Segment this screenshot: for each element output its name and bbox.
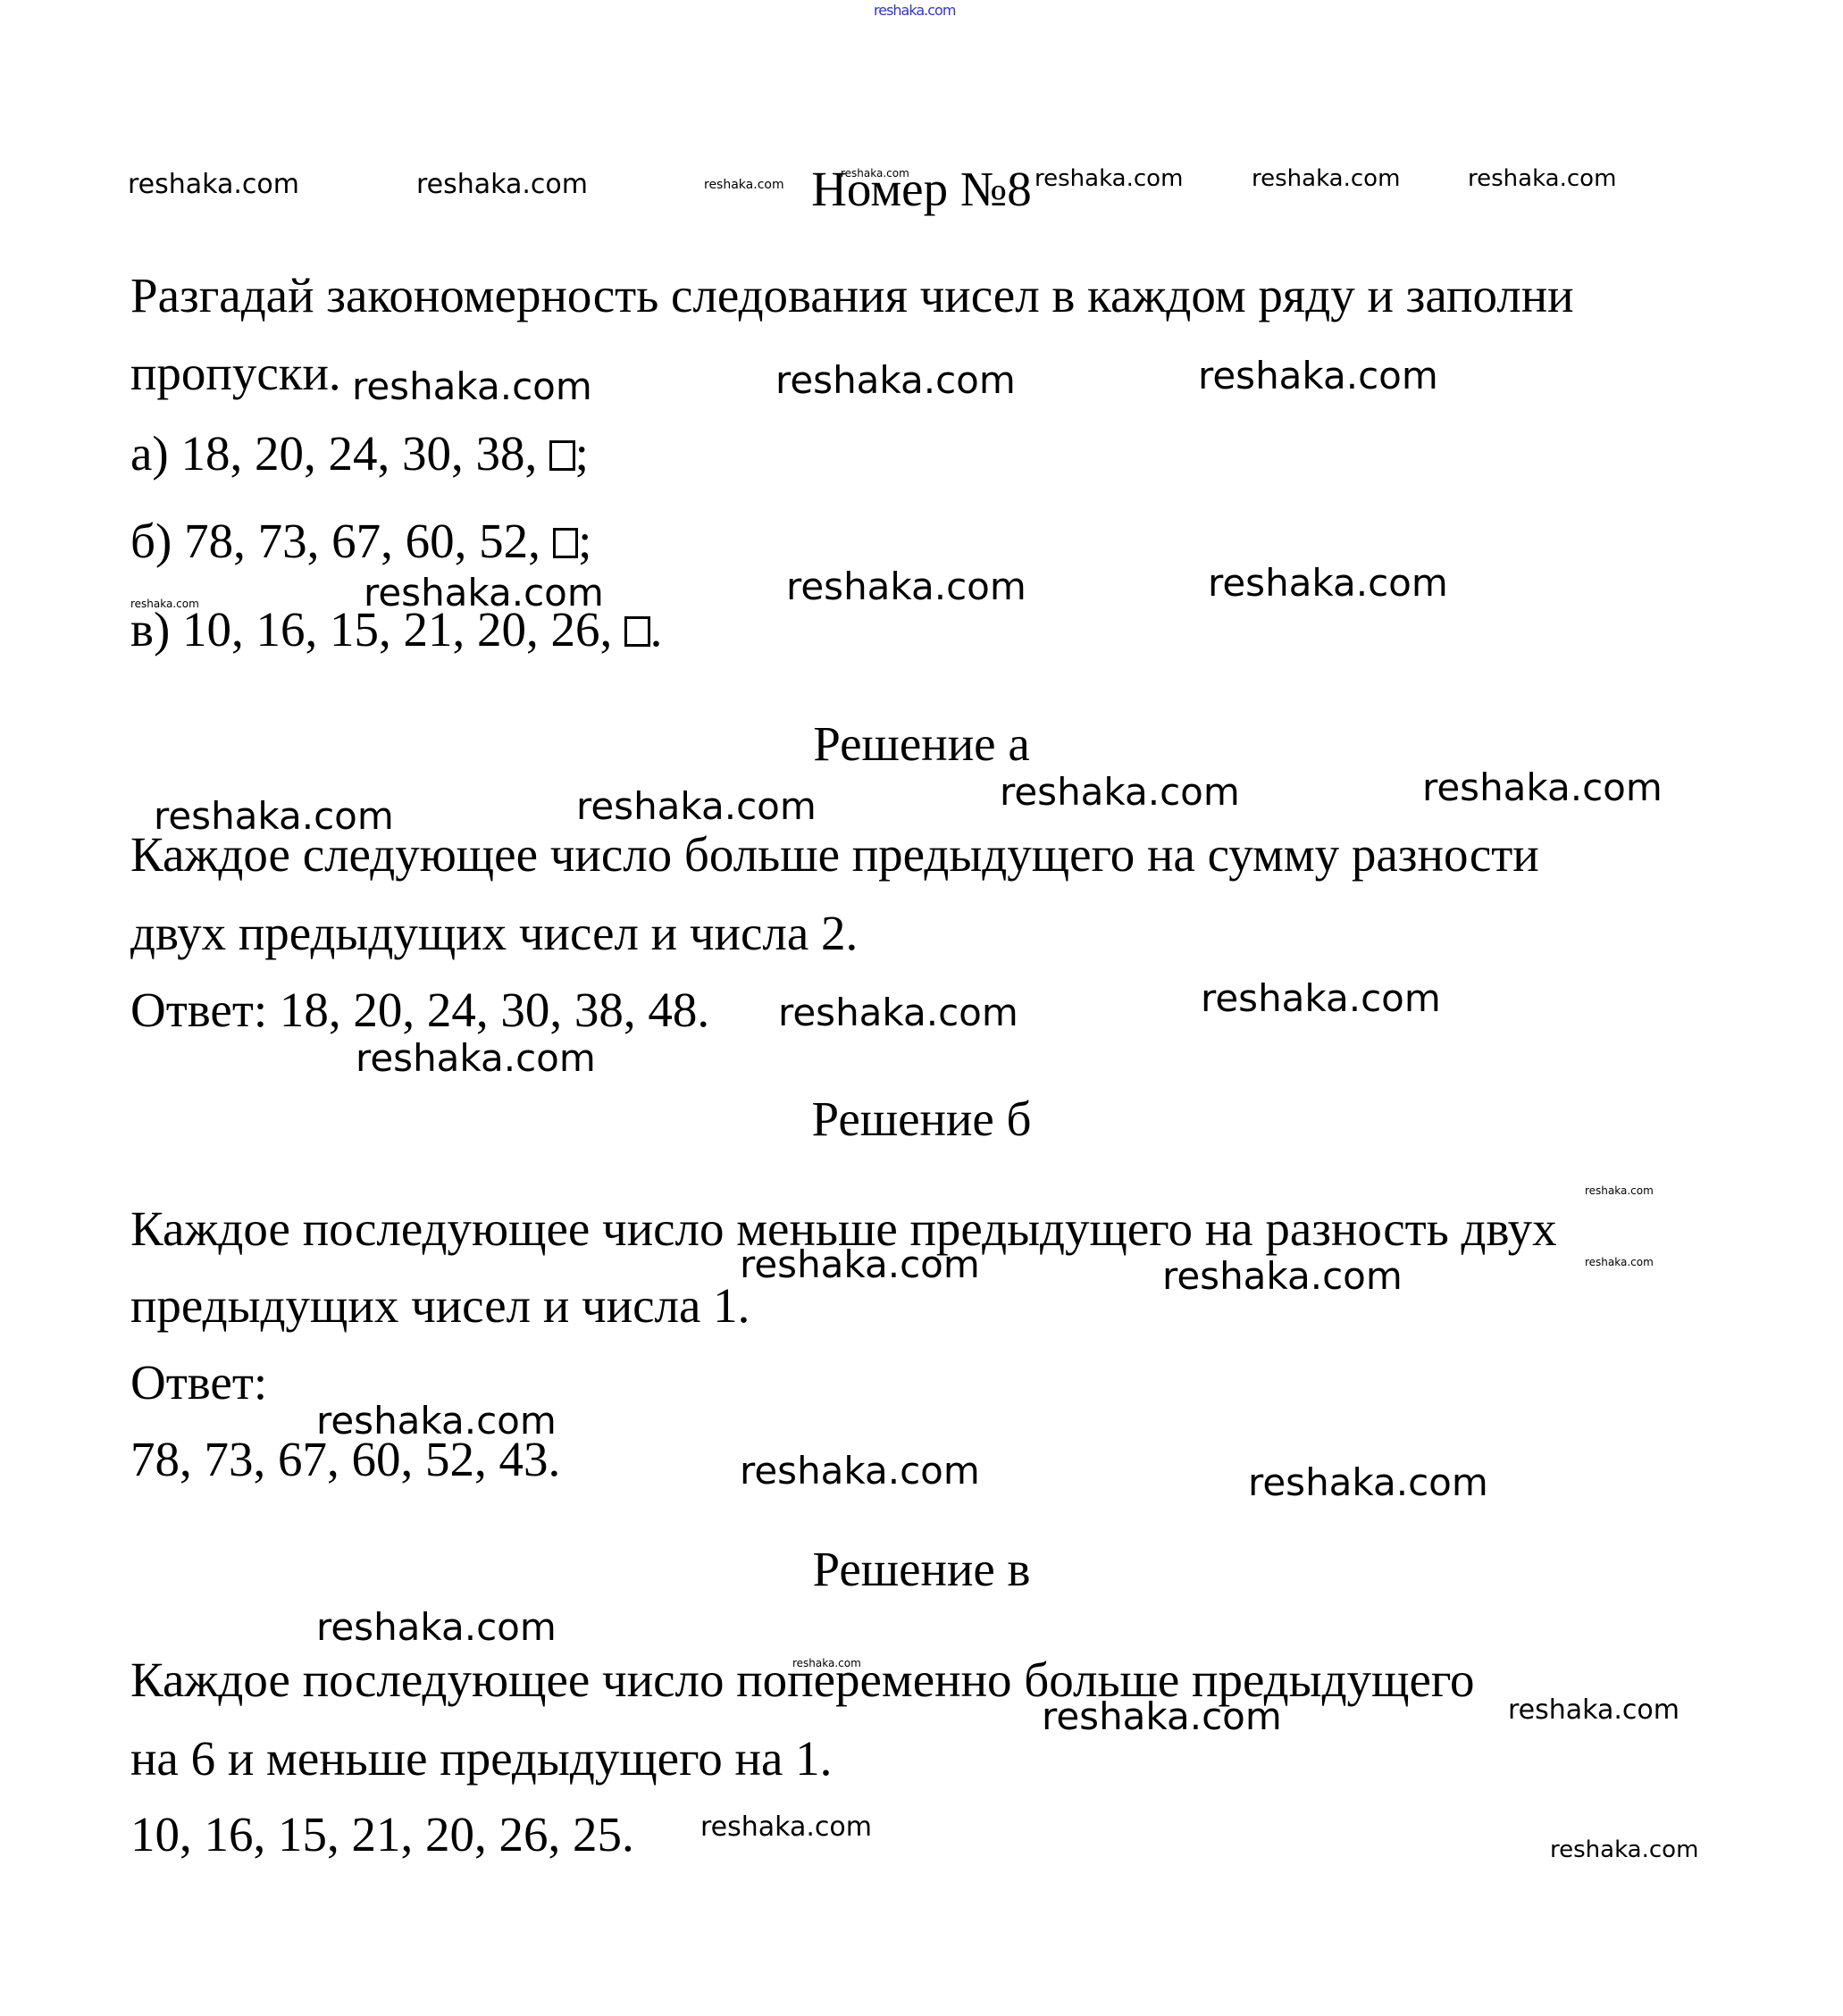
- blank-box-icon: [624, 616, 650, 647]
- watermark: reshaka.com: [1550, 1838, 1698, 1861]
- watermark: reshaka.com: [356, 1040, 596, 1077]
- watermark: reshaka.com: [1248, 1464, 1488, 1502]
- task-item-a: а) 18, 20, 24, 30, 38, ;: [130, 429, 589, 478]
- watermark: reshaka.com: [1508, 1697, 1680, 1724]
- watermark: reshaka.com: [740, 1246, 980, 1284]
- document-page: reshaka.com reshaka.com reshaka.com resh…: [0, 0, 1843, 2016]
- solution-a-heading: Решение а: [0, 719, 1843, 768]
- item-end: ;: [578, 514, 591, 568]
- solution-c-heading: Решение в: [0, 1544, 1843, 1594]
- item-label: б): [130, 514, 172, 568]
- item-end: .: [650, 602, 663, 657]
- watermark: reshaka.com: [1585, 1185, 1654, 1196]
- solution-c-explanation-line-2: на 6 и меньше предыдущего на 1.: [130, 1734, 832, 1783]
- watermark: reshaka.com: [352, 368, 592, 406]
- item-sequence: 18, 20, 24, 30, 38,: [180, 426, 537, 481]
- site-link[interactable]: reshaka.com: [874, 4, 955, 18]
- solution-a-explanation-line-1: Каждое следующее число больше предыдущег…: [130, 830, 1539, 879]
- watermark: reshaka.com: [740, 1452, 980, 1490]
- solution-b-answer-label: Ответ:: [130, 1358, 267, 1407]
- item-end: ;: [575, 426, 589, 481]
- item-sequence: 78, 73, 67, 60, 52,: [184, 514, 540, 568]
- solution-c-answer: 10, 16, 15, 21, 20, 26, 25.: [130, 1810, 634, 1859]
- solution-b-heading: Решение б: [0, 1094, 1843, 1143]
- item-label: а): [130, 426, 169, 481]
- watermark: reshaka.com: [778, 994, 1018, 1032]
- watermark: reshaka.com: [1468, 167, 1616, 190]
- watermark: reshaka.com: [316, 1609, 557, 1646]
- task-text-line-1: Разгадай закономерность следования чисел…: [130, 271, 1574, 320]
- watermark: reshaka.com: [1201, 980, 1441, 1017]
- watermark: reshaka.com: [786, 568, 1026, 606]
- watermark: reshaka.com: [1208, 565, 1448, 602]
- watermark: reshaka.com: [1422, 769, 1663, 807]
- task-text-line-2: пропуски.: [130, 348, 341, 397]
- item-label: в): [130, 602, 170, 657]
- solution-b-explanation-line-2: предыдущих чисел и числа 1.: [130, 1281, 750, 1330]
- watermark: reshaka.com: [700, 1814, 872, 1841]
- watermark: reshaka.com: [775, 362, 1016, 399]
- task-item-c: в) 10, 16, 15, 21, 20, 26, .: [130, 605, 662, 654]
- task-item-b: б) 78, 73, 67, 60, 52, ;: [130, 516, 591, 565]
- watermark: reshaka.com: [1035, 167, 1183, 190]
- item-sequence: 10, 16, 15, 21, 20, 26,: [182, 602, 612, 657]
- solution-a-explanation-line-2: двух предыдущих чисел и числа 2.: [130, 908, 858, 958]
- solution-b-answer: 78, 73, 67, 60, 52, 43.: [130, 1435, 560, 1484]
- watermark: reshaka.com: [1585, 1257, 1654, 1267]
- blank-box-icon: [553, 528, 579, 558]
- blank-box-icon: [549, 440, 575, 471]
- watermark: reshaka.com: [1252, 167, 1400, 190]
- watermark: reshaka.com: [576, 788, 817, 825]
- watermark: reshaka.com: [1198, 357, 1438, 395]
- watermark: reshaka.com: [841, 168, 909, 179]
- solution-a-answer: Ответ: 18, 20, 24, 30, 38, 48.: [130, 985, 709, 1034]
- watermark: reshaka.com: [1162, 1258, 1403, 1295]
- watermark: reshaka.com: [1000, 774, 1240, 811]
- watermark: reshaka.com: [1042, 1698, 1282, 1736]
